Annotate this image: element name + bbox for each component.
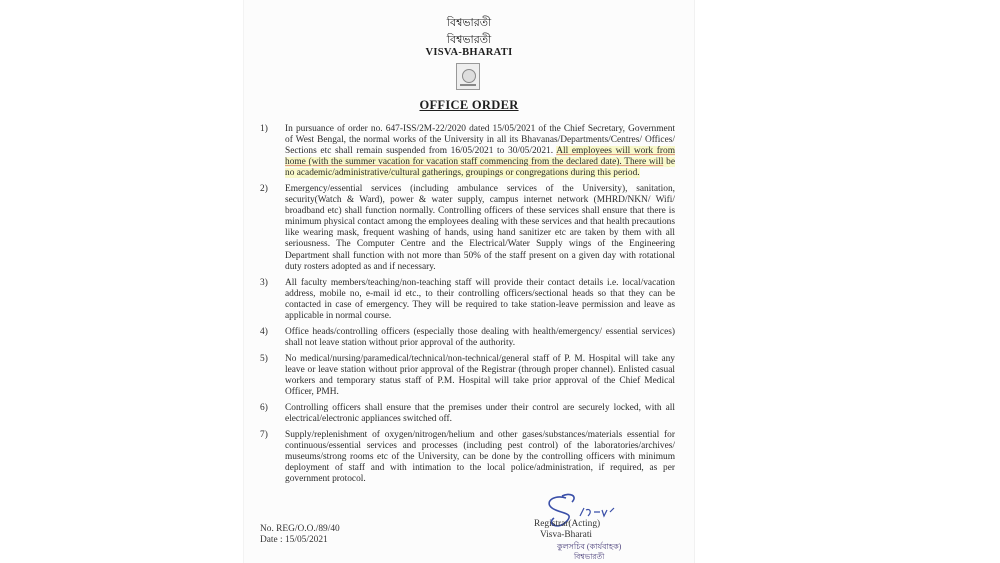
document-title: OFFICE ORDER	[244, 98, 694, 113]
item-text: Controlling officers shall ensure that t…	[285, 403, 675, 424]
signatory-title: Registrar(Acting)	[534, 519, 600, 530]
order-date: Date : 15/05/2021	[260, 535, 340, 546]
order-item: 1) In pursuance of order no. 647-ISS/2M-…	[260, 124, 675, 179]
item-number: 2)	[260, 184, 268, 195]
item-text: All faculty members/teaching/non-teachin…	[285, 278, 675, 321]
signatory-organization: Visva-Bharati	[534, 530, 600, 541]
order-item: 4) Office heads/controlling officers (es…	[260, 327, 675, 349]
university-name: VISVA-BHARATI	[244, 47, 694, 58]
item-text: Office heads/controlling officers (espec…	[285, 327, 675, 348]
order-item: 2) Emergency/essential services (includi…	[260, 184, 675, 272]
reference-number: No. REG/O.O./89/40	[260, 524, 340, 535]
official-stamp-org: বিশ্বভারতী	[574, 552, 604, 563]
item-number: 4)	[260, 327, 268, 338]
item-text: Supply/replenishment of oxygen/nitrogen/…	[285, 430, 675, 484]
item-text: Emergency/essential services (including …	[285, 184, 675, 271]
order-item: 6) Controlling officers shall ensure tha…	[260, 403, 675, 425]
item-number: 1)	[260, 124, 268, 135]
order-item: 7) Supply/replenishment of oxygen/nitrog…	[260, 430, 675, 485]
order-item: 5) No medical/nursing/paramedical/techni…	[260, 354, 675, 398]
item-number: 3)	[260, 278, 268, 289]
order-items-list: 1) In pursuance of order no. 647-ISS/2M-…	[260, 124, 675, 490]
university-emblem-icon	[456, 63, 480, 90]
item-number: 7)	[260, 430, 268, 441]
order-item: 3) All faculty members/teaching/non-teac…	[260, 278, 675, 322]
item-text: No medical/nursing/paramedical/technical…	[285, 354, 675, 397]
reference-block: No. REG/O.O./89/40 Date : 15/05/2021	[260, 524, 340, 546]
document-page: বিশ্বভারতী বিশ্বভারতী VISVA-BHARATI OFFI…	[243, 0, 695, 563]
item-number: 6)	[260, 403, 268, 414]
item-number: 5)	[260, 354, 268, 365]
signatory-block: Registrar(Acting) Visva-Bharati	[534, 519, 600, 541]
